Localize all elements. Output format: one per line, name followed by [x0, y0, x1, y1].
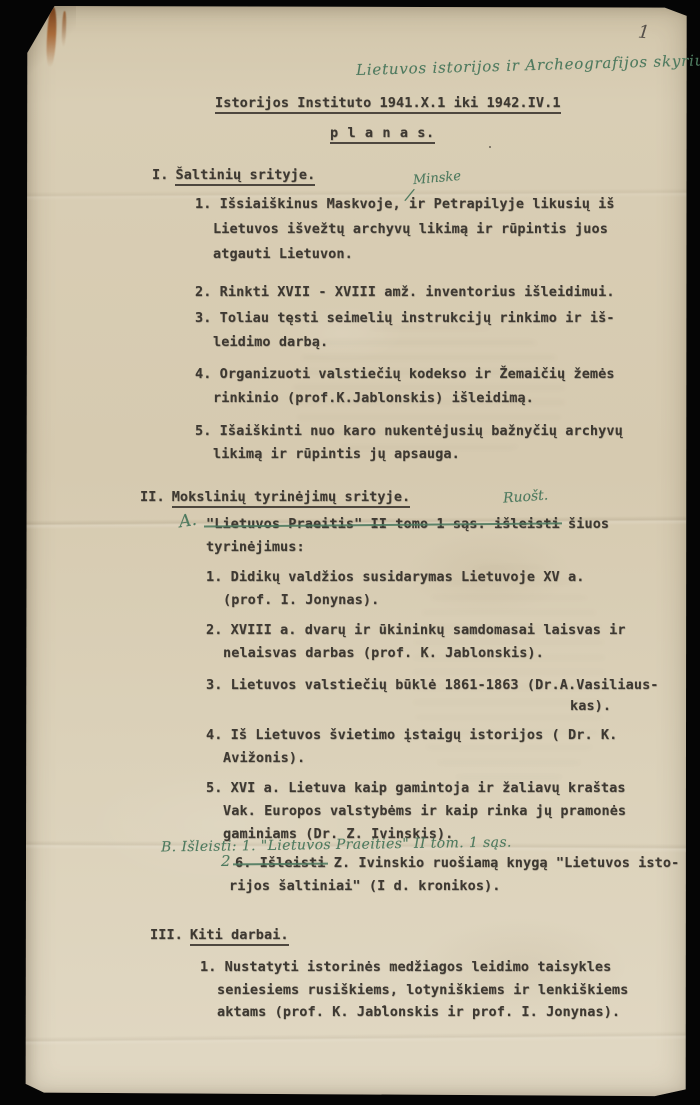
item-line-with-strikethrough: "Lietuvos Praeitis" II tomo 1 sąs. išlei…: [206, 516, 609, 532]
item-line: rijos šaltiniai" (I d. kronikos).: [229, 878, 501, 894]
struck-text: 6. Išleisti: [235, 855, 326, 871]
item-line: nelaisvas darbas (prof. K. Jablonskis).: [223, 645, 544, 661]
document-title-text: Istorijos Instituto 1941.X.1 iki 1942.IV…: [215, 95, 561, 114]
item-line: (prof. I. Jonynas).: [223, 592, 379, 608]
item-line: 5. XVI a. Lietuva kaip gamintoja ir žali…: [206, 780, 626, 796]
scanned-document-page: 1 Lietuvos istorijos ir Archeografijos s…: [0, 0, 700, 1105]
kept-text: šiuos: [560, 516, 609, 532]
item-line: likimą ir rūpintis jų apsauga.: [213, 446, 460, 462]
struck-text: "Lietuvos Praeitis" II tomo 1 sąs. išlei…: [206, 516, 560, 532]
item-line-with-strikethrough: 6. Išleisti Z. Ivinskio ruošiamą knygą "…: [235, 855, 679, 871]
section-2-heading: II.Mokslinių tyrinėjimų srityje.: [140, 489, 410, 505]
item-line: 1. Išsiaiškinus Maskvoje, ir Petrapilyje…: [195, 196, 615, 212]
item-line: Vak. Europos valstybėms ir kaip rinka jų…: [223, 803, 626, 819]
ink-bleedthrough: [414, 566, 604, 786]
item-line: tyrinėjimus:: [206, 539, 305, 555]
paper-crease: [24, 1031, 688, 1046]
page-number: 1: [637, 21, 651, 43]
kept-text: Z. Ivinskio ruošiamą knygą "Lietuvos ist…: [326, 855, 680, 871]
item-line: leidimo darbą.: [213, 334, 328, 350]
document-title: Istorijos Instituto 1941.X.1 iki 1942.IV…: [215, 95, 561, 111]
section-1-heading-text: Šaltinių srityje.: [175, 167, 315, 186]
item-line: 1. Didikų valdžios susidarymas Lietuvoje…: [206, 569, 584, 585]
document-subtitle: p l a n a s.: [330, 125, 435, 141]
item-line: kas).: [570, 698, 611, 714]
item-line: 1. Nustatyti istorinės medžiagos leidimo…: [200, 959, 611, 975]
item-line: 2. XVIII a. dvarų ir ūkininkų samdomasai…: [206, 622, 626, 638]
section-2-heading-text: Mokslinių tyrinėjimų srityje.: [172, 489, 411, 508]
item-line: Lietuvos išvežtų archyvų likimą ir rūpin…: [213, 221, 608, 237]
handwritten-number-2: 2: [221, 852, 231, 870]
paper-sheet: [24, 6, 688, 1097]
item-line: 3. Toliau tęsti seimelių instrukcijų rin…: [195, 310, 615, 326]
item-line: 4. Iš Lietuvos švietimo įstaigų istorijo…: [206, 727, 617, 743]
section-1-numeral: I.: [152, 167, 168, 183]
item-line: seniesiems rusiškiems, lotyniškiems ir l…: [217, 982, 628, 998]
item-line: rinkinio (prof.K.Jablonskis) išleidimą.: [213, 390, 534, 406]
item-line: 2. Rinkti XVII - XVIII amž. inventorius …: [195, 284, 615, 300]
handwritten-label-a: A.: [178, 510, 199, 533]
section-1-heading: I.Šaltinių srityje.: [152, 167, 315, 183]
section-3-heading: III.Kiti darbai.: [150, 927, 289, 943]
item-line: aktams (prof. K. Jablonskis ir prof. I. …: [217, 1004, 620, 1020]
item-line: 4. Organizuoti valstiečių kodekso ir Žem…: [195, 366, 615, 382]
item-line: Avižonis).: [223, 750, 305, 766]
item-line: 3. Lietuvos valstiečių būklė 1861-1863 (…: [206, 677, 659, 693]
section-3-numeral: III.: [150, 927, 183, 943]
document-subtitle-text: p l a n a s.: [330, 125, 435, 144]
ink-speck: [489, 146, 491, 148]
section-3-heading-text: Kiti darbai.: [190, 927, 289, 946]
handwritten-ruost-correction: Ruošt.: [502, 487, 548, 506]
section-2-numeral: II.: [140, 489, 165, 505]
item-line: atgauti Lietuvon.: [213, 246, 353, 262]
item-line: 5. Išaiškinti nuo karo nukentėjusių bažn…: [195, 423, 623, 439]
